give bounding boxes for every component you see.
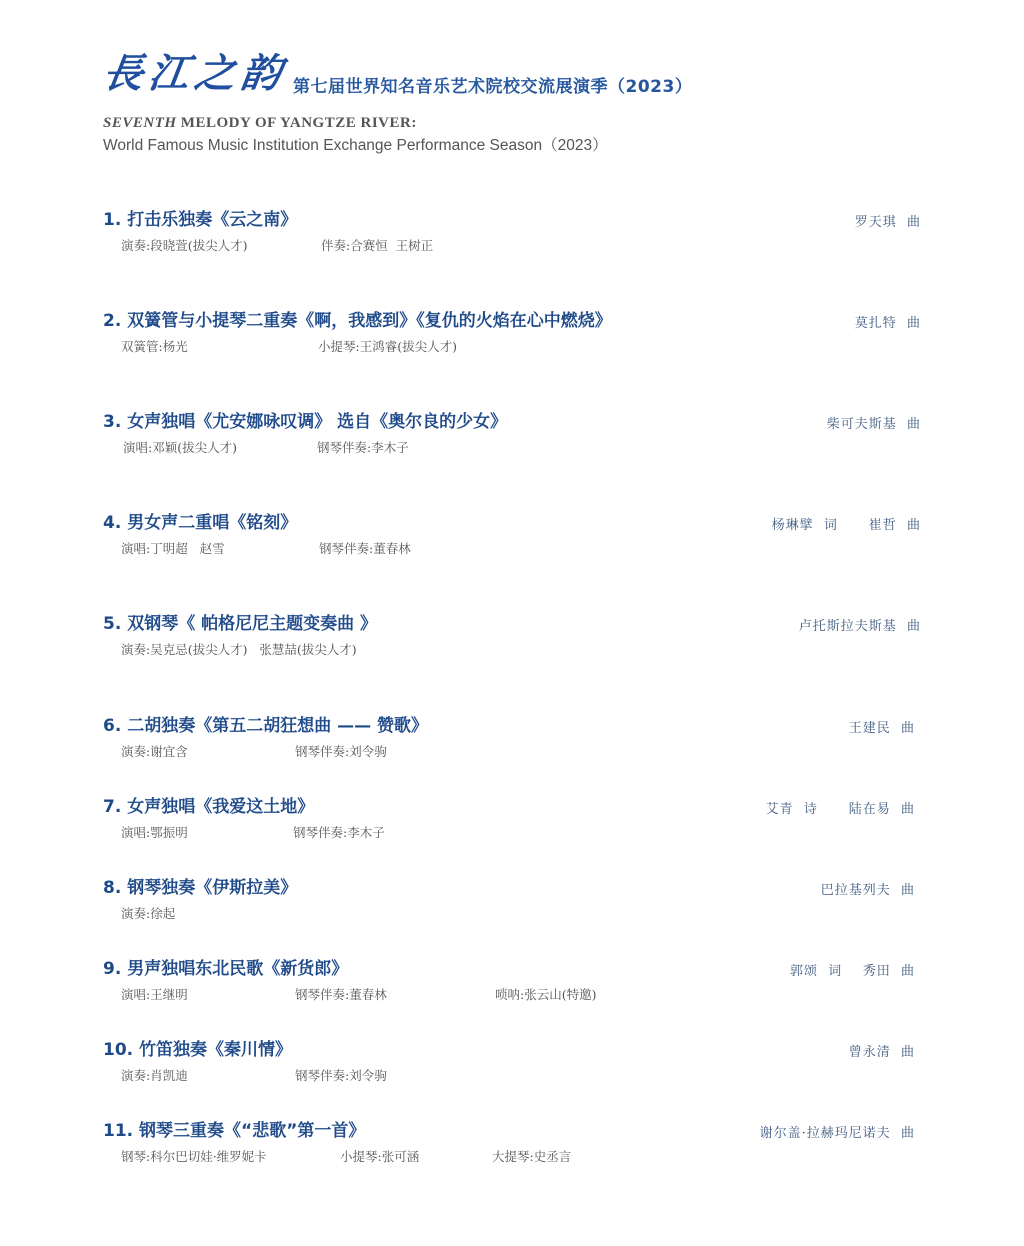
- composer-credit: 郭颂 词 秀田 曲: [790, 960, 915, 979]
- logo-row: 長江之韵 第七届世界知名音乐艺术院校交流展演季（2023）: [103, 46, 692, 102]
- composer-credit: 艾青 诗 陆在易 曲: [766, 798, 915, 817]
- program-item-9: 9. 男声独唱东北民歌《新货郎》 郭颂 词 秀田 曲 演唱:王继明 钢琴伴奏:董…: [103, 957, 921, 1005]
- performer: 大提琴:史丞言: [492, 1147, 571, 1165]
- program-item-1: 1. 打击乐独奏《云之南》 罗天琪 曲 演奏:段晓萱(拔尖人才) 伴奏:合赛恒 …: [103, 208, 921, 256]
- performer: 演奏:肖凯迪: [121, 1066, 188, 1084]
- program-item-3: 3. 女声独唱《尤安娜咏叹调》 选自《奥尔良的少女》 柴可夫斯基 曲 演唱:邓颖…: [103, 410, 921, 458]
- program-item-11: 11. 钢琴三重奏《“悲歌”第一首》 谢尔盖·拉赫玛尼诺夫 曲 钢琴:科尔巴切娃…: [103, 1119, 921, 1167]
- performer: 钢琴伴奏:董春林: [319, 539, 411, 557]
- performers: 钢琴:科尔巴切娃·维罗妮卡 小提琴:张可涵 大提琴:史丞言: [103, 1147, 921, 1167]
- program-title: 1. 打击乐独奏《云之南》: [103, 208, 921, 232]
- header: 長江之韵 第七届世界知名音乐艺术院校交流展演季（2023）: [103, 46, 692, 102]
- performers: 演唱:邓颖(拔尖人才) 钢琴伴奏:李木子: [103, 438, 921, 458]
- performers: 演唱:鄂振明 钢琴伴奏:李木子: [103, 823, 921, 843]
- performers: 演唱:丁明超 赵雪 钢琴伴奏:董春林: [103, 539, 921, 559]
- performer: 伴奏:合赛恒 王树正: [321, 236, 433, 254]
- english-title-italic: SEVENTH: [103, 115, 177, 131]
- english-title-rest: MELODY OF YANGTZE RIVER:: [177, 115, 417, 131]
- composer-credit: 杨琳擘 词 崔哲 曲: [772, 514, 921, 533]
- performers: 演奏:吴克忌(拔尖人才) 张慧喆(拔尖人才): [103, 640, 921, 660]
- program-title: 10. 竹笛独奏《秦川情》: [103, 1038, 921, 1062]
- composer-credit: 王建民 曲: [849, 717, 915, 736]
- performer: 双簧管:杨光: [121, 337, 188, 355]
- composer-credit: 柴可夫斯基 曲: [827, 413, 921, 432]
- composer-credit: 罗天琪 曲: [855, 211, 921, 230]
- performer: 演奏:徐起: [121, 904, 175, 922]
- performers: 演奏:徐起: [103, 904, 921, 924]
- performers: 双簧管:杨光 小提琴:王鸿睿(拔尖人才): [103, 337, 921, 357]
- performer: 演奏:谢宜含: [121, 742, 188, 760]
- performer: 演唱:邓颖(拔尖人才): [123, 438, 237, 456]
- performer: 小提琴:张可涵: [340, 1147, 419, 1165]
- composer-credit: 曾永清 曲: [849, 1041, 915, 1060]
- performer: 钢琴伴奏:董春林: [295, 985, 387, 1003]
- program-item-5: 5. 双钢琴《 帕格尼尼主题变奏曲 》 卢托斯拉夫斯基 曲 演奏:吴克忌(拔尖人…: [103, 612, 921, 660]
- composer-credit: 巴拉基列夫 曲: [821, 879, 915, 898]
- performers: 演奏:段晓萱(拔尖人才) 伴奏:合赛恒 王树正: [103, 236, 921, 256]
- performer: 钢琴伴奏:李木子: [317, 438, 409, 456]
- program-title: 3. 女声独唱《尤安娜咏叹调》 选自《奥尔良的少女》: [103, 410, 921, 434]
- performer: 演奏:吴克忌(拔尖人才) 张慧喆(拔尖人才): [121, 640, 357, 658]
- performer: 演唱:王继明: [121, 985, 188, 1003]
- english-title-line2: World Famous Music Institution Exchange …: [103, 133, 608, 155]
- performers: 演奏:谢宜含 钢琴伴奏:刘令驹: [103, 742, 921, 762]
- program-item-8: 8. 钢琴独奏《伊斯拉美》 巴拉基列夫 曲 演奏:徐起: [103, 876, 921, 924]
- program-item-2: 2. 双簧管与小提琴二重奏《啊，我感到》《复仇的火焰在心中燃烧》 莫扎特 曲 双…: [103, 309, 921, 357]
- performer: 钢琴伴奏:李木子: [293, 823, 385, 841]
- program-title: 8. 钢琴独奏《伊斯拉美》: [103, 876, 921, 900]
- performer: 演唱:丁明超 赵雪: [121, 539, 225, 557]
- performer: 小提琴:王鸿睿(拔尖人才): [318, 337, 457, 355]
- calligraphy-logo: 長江之韵: [99, 46, 291, 102]
- performer: 钢琴:科尔巴切娃·维罗妮卡: [121, 1147, 267, 1165]
- composer-credit: 莫扎特 曲: [855, 312, 921, 331]
- program-title: 6. 二胡独奏《第五二胡狂想曲 —— 赞歌》: [103, 714, 921, 738]
- performers: 演奏:肖凯迪 钢琴伴奏:刘令驹: [103, 1066, 921, 1086]
- program-item-7: 7. 女声独唱《我爱这土地》 艾青 诗 陆在易 曲 演唱:鄂振明 钢琴伴奏:李木…: [103, 795, 921, 843]
- program-item-6: 6. 二胡独奏《第五二胡狂想曲 —— 赞歌》 王建民 曲 演奏:谢宜含 钢琴伴奏…: [103, 714, 921, 762]
- program-item-4: 4. 男女声二重唱《铭刻》 杨琳擘 词 崔哲 曲 演唱:丁明超 赵雪 钢琴伴奏:…: [103, 511, 921, 559]
- performer: 钢琴伴奏:刘令驹: [295, 742, 387, 760]
- performer: 唢呐:张云山(特邀): [495, 985, 596, 1003]
- performer: 演奏:段晓萱(拔尖人才): [121, 236, 247, 254]
- program-item-10: 10. 竹笛独奏《秦川情》 曾永清 曲 演奏:肖凯迪 钢琴伴奏:刘令驹: [103, 1038, 921, 1086]
- composer-credit: 谢尔盖·拉赫玛尼诺夫 曲: [760, 1122, 915, 1141]
- program-title: 2. 双簧管与小提琴二重奏《啊，我感到》《复仇的火焰在心中燃烧》: [103, 309, 921, 333]
- composer-credit: 卢托斯拉夫斯基 曲: [799, 615, 921, 634]
- english-title-line1: SEVENTH MELODY OF YANGTZE RIVER:: [103, 115, 417, 132]
- performers: 演唱:王继明 钢琴伴奏:董春林 唢呐:张云山(特邀): [103, 985, 921, 1005]
- chinese-title: 第七届世界知名音乐艺术院校交流展演季（2023）: [293, 72, 692, 97]
- performer: 钢琴伴奏:刘令驹: [295, 1066, 387, 1084]
- performer: 演唱:鄂振明: [121, 823, 188, 841]
